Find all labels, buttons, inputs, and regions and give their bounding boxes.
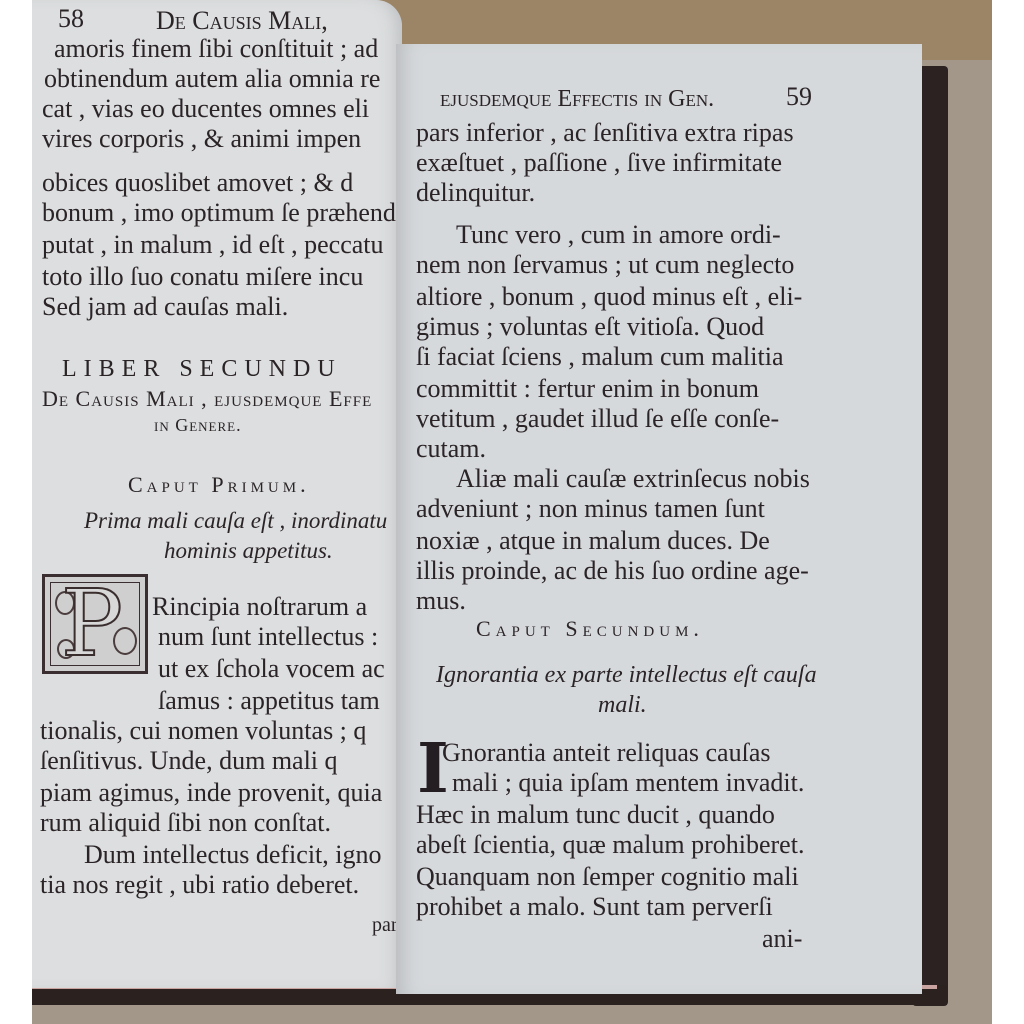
text-line: Hæc in malum tunc ducit , quando — [416, 800, 775, 830]
text-line: obices quoslibet amovet ; & d — [42, 168, 353, 198]
page-number: 59 — [786, 82, 812, 112]
text-line: delinquitur. — [416, 178, 535, 208]
text-line: toto illo ſuo conatu miſere incu — [42, 262, 363, 292]
dropcap-letter-i: I — [417, 738, 449, 800]
text-line: nem non ſervamus ; ut cum neglecto — [416, 250, 794, 280]
text-line: cat , vias eo ducentes omnes eli — [42, 94, 369, 124]
chapter-summary: Prima mali cauſa eſt , inordinatu — [84, 506, 387, 536]
text-line: bonum , imo optimum ſe præhend — [42, 198, 396, 228]
text-line: Gnorantia anteit reliquas cauſas — [442, 738, 770, 768]
text-line: vetitum , gaudet illud ſe eſſe conſe- — [416, 404, 779, 434]
text-line: num ſunt intellectus : — [158, 622, 378, 652]
text-line: prohibet a malo. Sunt tam perverſi — [416, 892, 773, 922]
running-head: ejusdemque Effectis in Gen. — [440, 84, 714, 114]
text-line: amoris finem ſibi conſtituit ; ad — [54, 34, 378, 64]
text-line: committit : fertur enim in bonum — [416, 374, 759, 404]
text-line: gimus ; voluntas eſt vitioſa. Quod — [416, 312, 764, 342]
right-page: ejusdemque Effectis in Gen. 59 pars infe… — [396, 44, 922, 994]
text-line: rum aliquid ſibi non conſtat. — [40, 808, 331, 838]
text-line: Tunc vero , cum in amore ordi- — [456, 220, 781, 250]
ornamental-dropcap-p: P — [42, 574, 148, 674]
text-line: Sed jam ad cauſas mali. — [42, 292, 288, 322]
book-title: LIBER SECUNDU — [62, 354, 342, 384]
text-line: altiore , bonum , quod minus eſt , eli- — [416, 282, 802, 312]
left-page: 58 De Causis Mali, amoris finem ſibi con… — [32, 0, 402, 988]
text-line: Dum intellectus deficit, igno — [84, 840, 382, 870]
text-line: tia nos regit , ubi ratio deberet. — [40, 870, 359, 900]
text-line: adveniunt ; non minus tamen ſunt — [416, 494, 765, 524]
text-line: illis proinde, ac de his ſuo ordine age- — [416, 556, 809, 586]
text-line: ſi faciat ſciens , malum cum malitia — [416, 342, 784, 372]
chapter-summary: mali. — [598, 690, 647, 720]
text-line: abeſt ſcientia, quæ malum prohiberet. — [416, 830, 804, 860]
text-line: exæſtuet , paſſione , ſive infirmitate — [416, 148, 782, 178]
text-line: vires corporis , & animi impen — [42, 124, 361, 154]
text-line: piam agimus, inde provenit, quia — [40, 778, 382, 808]
text-line: obtinendum autem alia omnia re — [44, 64, 380, 94]
chapter-title: Caput Secundum. — [476, 614, 704, 644]
text-line: ſenſitivus. Unde, dum mali q — [40, 746, 338, 776]
text-line: noxiæ , atque in malum duces. De — [416, 526, 770, 556]
text-line: mali ; quia ipſam mentem invadit. — [452, 768, 804, 798]
dropcap-letter: P — [61, 579, 123, 669]
book-subtitle: in Genere. — [154, 410, 242, 440]
text-line: Quanquam non ſemper cognitio mali — [416, 862, 799, 892]
text-line: Rincipia noſtrarum a — [152, 592, 367, 622]
text-line: ſamus : appetitus tam — [158, 686, 380, 716]
text-line: pars inferior , ac ſenſitiva extra ripas — [416, 118, 794, 148]
catchword: ani- — [762, 924, 802, 954]
text-line: mus. — [416, 586, 466, 616]
text-line: ut ex ſchola vocem ac — [158, 654, 385, 684]
chapter-summary: Ignorantia ex parte intellectus eſt cauſ… — [436, 660, 817, 690]
chapter-summary: hominis appetitus. — [164, 536, 333, 566]
text-line: putat , in malum , id eſt , peccatu — [42, 230, 384, 260]
chapter-title: Caput Primum. — [128, 470, 310, 500]
text-line: tionalis, cui nomen voluntas ; q — [40, 716, 366, 746]
text-line: Aliæ mali cauſæ extrinſecus nobis — [456, 464, 810, 494]
text-line: cutam. — [416, 434, 486, 464]
